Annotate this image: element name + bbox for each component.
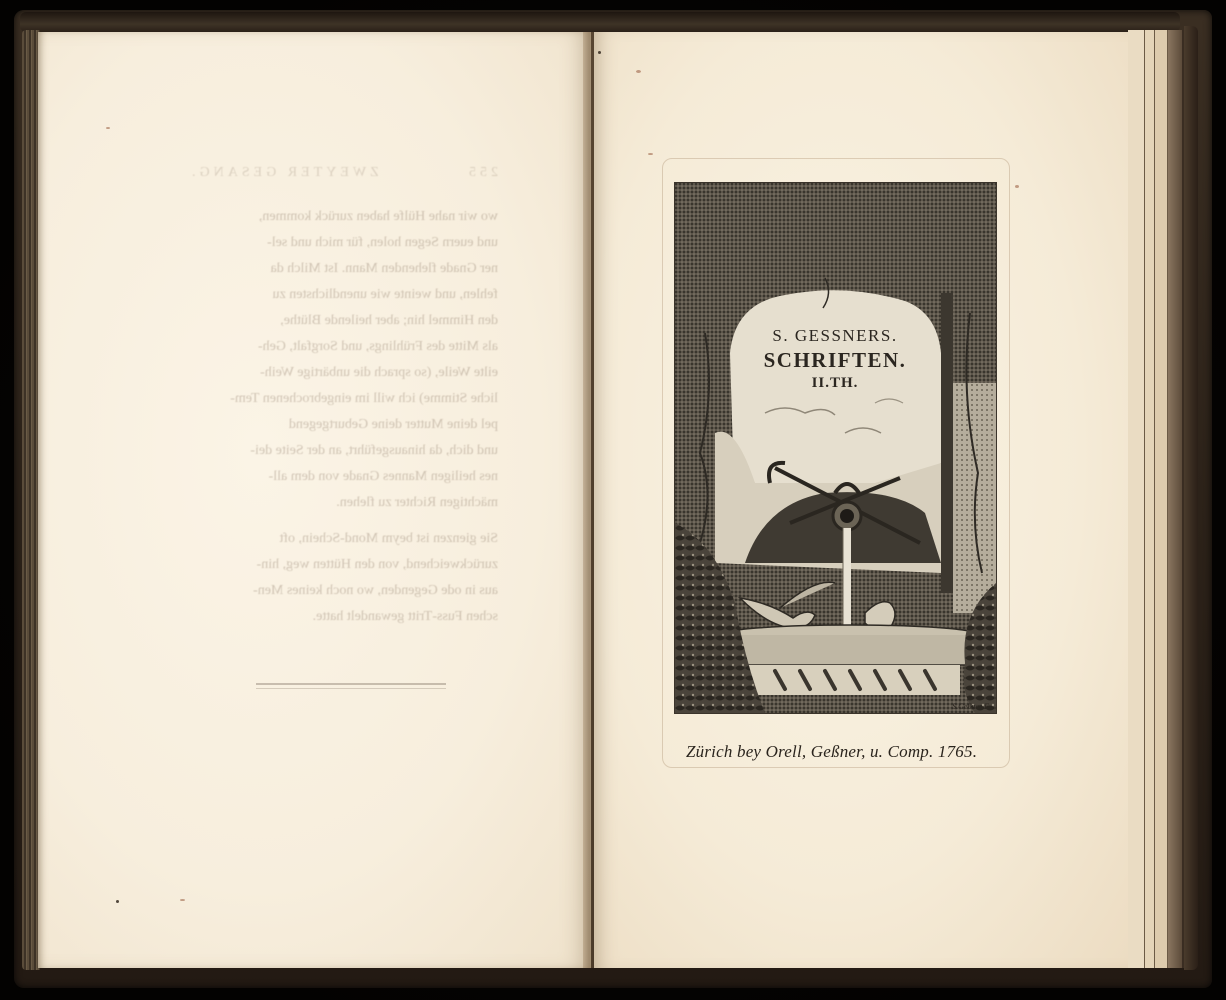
title-author: S. GESSNERS. xyxy=(735,325,935,347)
book-cover-right-edge xyxy=(1184,26,1198,970)
frontispiece-title: S. GESSNERS. SCHRIFTEN. II.TH. xyxy=(735,325,935,393)
bleed-through-page-number: 255 xyxy=(465,160,498,186)
engraver-signature: S.Geßner F. xyxy=(952,702,990,711)
bleed-through-line: zurückweichend, von den Hütten weg, hin- xyxy=(188,552,498,578)
engraving-illustration xyxy=(675,183,996,713)
bleed-through-line: aus in ode Gegenden, wo noch keines Men- xyxy=(188,578,498,604)
page-stack-edge xyxy=(1168,30,1184,968)
foxing-speck xyxy=(648,153,653,155)
foxing-speck xyxy=(106,127,110,129)
bleed-through-line: den Himmel hin; aber heilende Blüthe, xyxy=(188,308,498,334)
publisher-imprint: Zürich bey Orell, Geßner, u. Comp. 1765. xyxy=(686,742,986,762)
bleed-through-line: fehlen, und weinte wie unendlichsten zu xyxy=(188,282,498,308)
bleed-through-line: pel deine Mutter deine Geburtgegend xyxy=(188,412,498,438)
title-work: SCHRIFTEN. xyxy=(735,347,935,373)
bleed-through-heading: ZWEYTER GESANG. xyxy=(188,160,379,186)
bleed-through-rule xyxy=(256,683,446,689)
bleed-through-line: eilte Weile, (so sprach die unbärtige We… xyxy=(188,360,498,386)
bleed-through-line: ner Gnade flehenden Mann. Ist Milch da xyxy=(188,256,498,282)
foxing-speck xyxy=(598,51,601,54)
bleed-through-line: als Mitte des Frühlings, und Sorgfalt, G… xyxy=(188,334,498,360)
frontispiece-engraving: S. GESSNERS. SCHRIFTEN. II.TH. S.Geßner … xyxy=(674,182,997,714)
page-stack-edge xyxy=(1128,30,1146,968)
bleed-through-line: schen Fuss-Tritt gewandelt hatte. xyxy=(188,604,498,630)
bleed-through-line: und euern Segen holen, für mich und sel- xyxy=(188,230,498,256)
foxing-speck xyxy=(1015,185,1019,188)
bleed-through-line: Sie gienzen ist beym Mond-Schein, oft xyxy=(188,526,498,552)
foxing-speck xyxy=(636,70,641,73)
page-stack-edge xyxy=(1155,30,1169,968)
photo-background: 255 ZWEYTER GESANG. wo wir nahe Hülfe ha… xyxy=(0,0,1226,1000)
bleed-through-line: und dich, da hinausgeführt, an der Seite… xyxy=(188,438,498,464)
bleed-through-line: mächtigen Richter zu flehen. xyxy=(188,490,498,516)
bleed-through-line: wo wir nahe Hülfe haben zurück kommen, xyxy=(188,204,498,230)
title-volume: II.TH. xyxy=(735,373,935,393)
bleed-through-line: nes heiligen Mannes Gnade von dem all- xyxy=(188,464,498,490)
bleed-through-running-head: 255 ZWEYTER GESANG. xyxy=(188,160,498,186)
book-cover-top-edge xyxy=(20,12,1180,32)
foxing-speck xyxy=(180,899,185,901)
bleed-through-line: liche Stimme) ich will im eingebrochenen… xyxy=(188,386,498,412)
bleed-through-text: 255 ZWEYTER GESANG. wo wir nahe Hülfe ha… xyxy=(188,160,498,630)
foxing-speck xyxy=(116,900,119,903)
